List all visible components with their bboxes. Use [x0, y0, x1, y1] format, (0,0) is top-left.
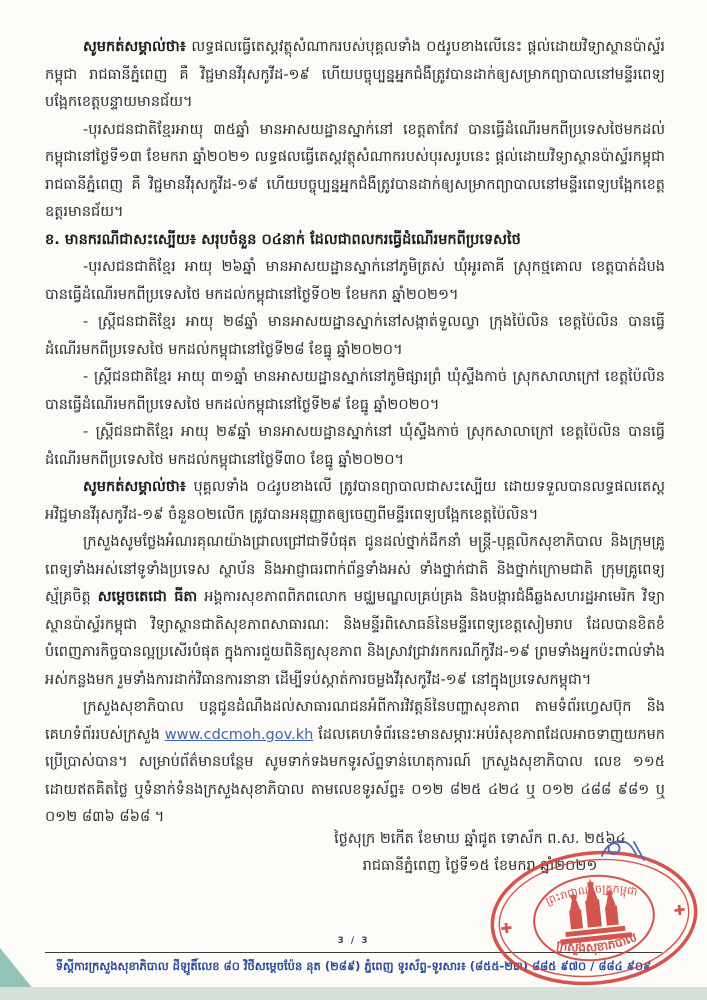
recovered-case-item: -បុរសជនជាតិខ្មែរ អាយុ ២៦ឆ្នាំ មានអាសយដ្ឋ… — [45, 254, 665, 309]
section-heading-recovered: ខ. មានករណីជាសះស្បើយ៖ សរុបចំនួន ០៤នាក់ ដែ… — [45, 227, 665, 255]
note-lead-bold: សូមកត់សម្គាល់ថា៖ — [83, 479, 186, 495]
recovered-case-item: - ស្ត្រីជនជាតិខ្មែរ អាយុ ៣១ឆ្នាំ មានអាសយ… — [45, 364, 665, 419]
medical-cross-icon: ✚ — [500, 921, 513, 938]
paragraph-public-info: ក្រសួងសុខាភិបាល បន្តជូនដំណឹងដល់សាធារណជនអ… — [45, 694, 665, 826]
scan-edge-strip — [0, 987, 707, 1000]
paragraph-new-case: -បុរសជនជាតិខ្មែរអាយុ ៣៥ឆ្នាំ មានអាសយដ្ឋា… — [45, 117, 665, 227]
cdcmoh-website-link[interactable]: www.cdcmoh.gov.kh — [165, 727, 314, 743]
paragraph-note-recovered: សូមកត់សម្គាល់ថា៖ បុគ្គលទាំង ០៤រូបខាងលើ ត… — [45, 474, 665, 529]
medical-cross-icon: ✚ — [673, 902, 686, 919]
paragraph-acknowledgement: ក្រសួងសូមថ្លែងអំណរគុណយ៉ាងជ្រាលជ្រៅជាទីបំ… — [45, 529, 665, 694]
recovered-case-item: - ស្ត្រីជនជាតិខ្មែរ អាយុ ២៩ឆ្នាំ មានអាសយ… — [45, 419, 665, 474]
recovered-case-item: - ស្ត្រីជនជាតិខ្មែរ អាយុ ២៨ឆ្នាំ មានអាសយ… — [45, 309, 665, 364]
document-page: សូមកត់សម្គាល់ថា៖ លទ្ធផលធ្វើតេស្តវត្ថុសំណ… — [0, 0, 707, 1000]
signature-mark-icon — [598, 834, 650, 864]
thanks-bold-name: សម្តេចតេជោ ធីតា — [98, 589, 197, 605]
scan-corner-artifact — [0, 948, 34, 990]
note-lead-bold: សូមកត់សម្គាល់ថា៖ — [83, 39, 186, 55]
paragraph-note-positive: សូមកត់សម្គាល់ថា៖ លទ្ធផលធ្វើតេស្តវត្ថុសំណ… — [45, 34, 665, 117]
document-body: សូមកត់សម្គាល់ថា៖ លទ្ធផលធ្វើតេស្តវត្ថុសំណ… — [45, 34, 665, 826]
ministry-stamp: ✚ ✚ ព្រះរាជាណាចក្រកម្ពុជា ក្រសួងសុខាភិបា… — [486, 848, 702, 988]
